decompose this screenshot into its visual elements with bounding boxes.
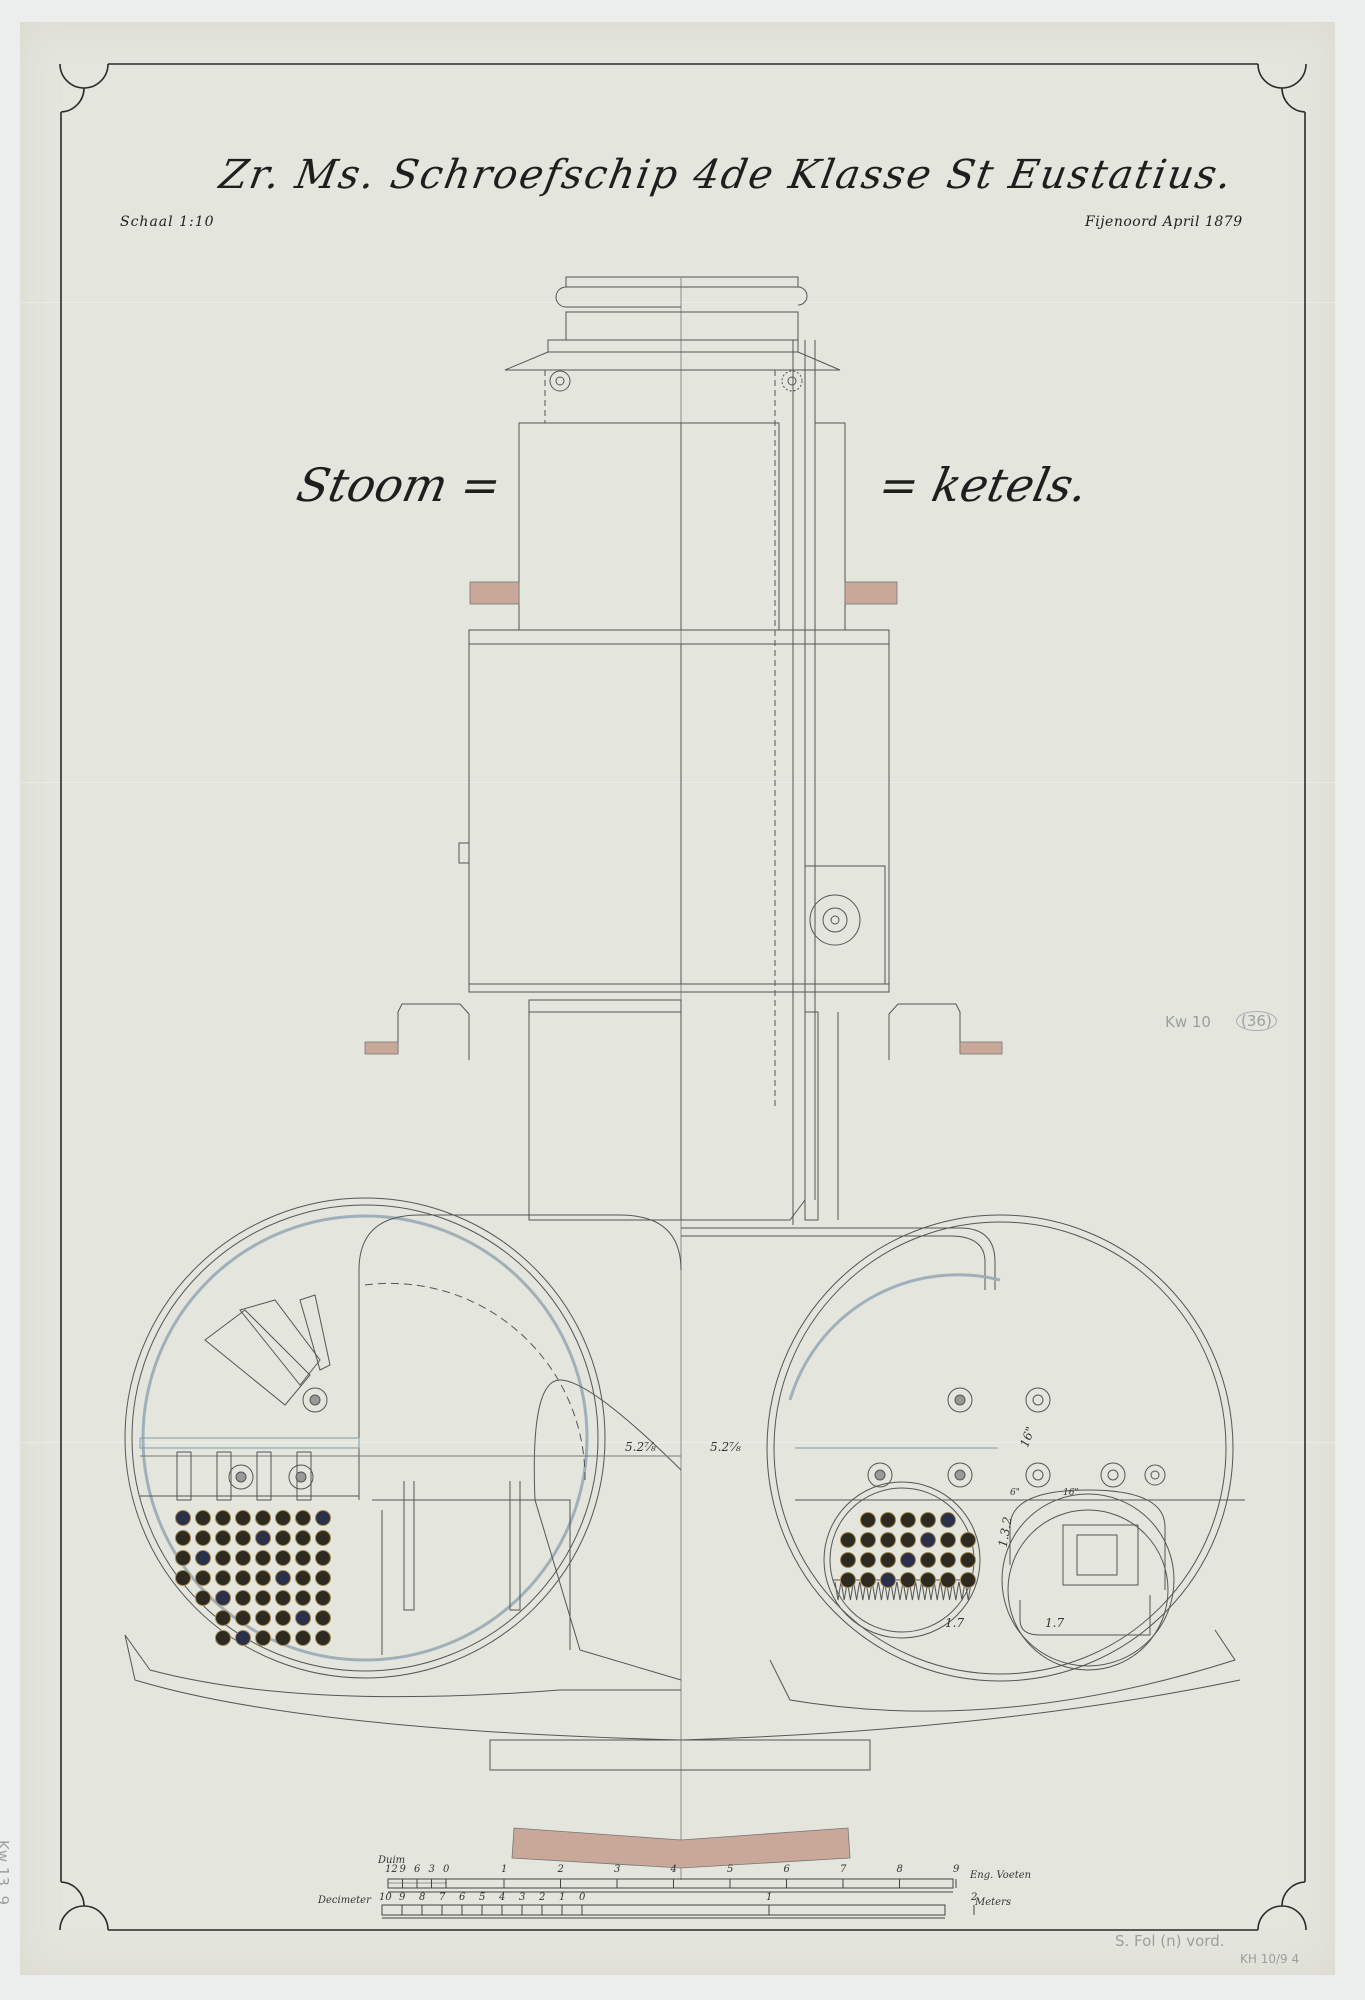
boiler-tube — [296, 1591, 311, 1606]
boiler-tube — [236, 1631, 251, 1646]
dimension-firebox-left: 1.7 — [945, 1616, 964, 1630]
boiler-tube — [881, 1553, 896, 1568]
boiler-tube — [216, 1631, 231, 1646]
boiler-tube — [276, 1511, 291, 1526]
scale-tick-label: 0 — [579, 1892, 585, 1903]
boiler-tube — [276, 1531, 291, 1546]
drawing-title: Zr. Ms. Schroefschip 4de Klasse St Eusta… — [216, 152, 1144, 198]
boiler-tube — [316, 1511, 331, 1526]
boiler-tube — [216, 1571, 231, 1586]
funnel-and-uptake — [398, 277, 995, 1880]
boiler-tube — [296, 1531, 311, 1546]
dimension-center-left: 5.2⅞ — [625, 1440, 656, 1454]
boiler-tube — [921, 1533, 936, 1548]
scale-tick-label: 9 — [399, 1892, 405, 1903]
boiler-tube — [316, 1631, 331, 1646]
boiler-tube — [276, 1591, 291, 1606]
boiler-tube — [236, 1551, 251, 1566]
boiler-tube — [961, 1533, 976, 1548]
boiler-tube — [841, 1553, 856, 1568]
scale-tick-label: 3 — [614, 1864, 620, 1875]
boiler-tube — [216, 1551, 231, 1566]
scale-tick-label: 4 — [671, 1864, 677, 1875]
left-boiler — [125, 1198, 870, 1770]
scale-tick-label: 1 — [559, 1892, 565, 1903]
scale-bar — [382, 1879, 953, 1918]
boiler-tube — [881, 1533, 896, 1548]
scale-bottom-unit: Meters — [975, 1897, 1011, 1908]
boiler-tube — [196, 1571, 211, 1586]
boiler-tube — [196, 1531, 211, 1546]
boiler-tube — [276, 1631, 291, 1646]
boiler-tube — [276, 1551, 291, 1566]
scale-tick-label: 8 — [897, 1864, 903, 1875]
boiler-tube — [256, 1511, 271, 1526]
archive-note-circled: (36) — [1236, 1011, 1277, 1031]
boiler-tube — [861, 1513, 876, 1528]
boiler-tube — [176, 1551, 191, 1566]
archive-note-bottom: S. Fol (n) vord. — [1115, 1932, 1225, 1950]
boiler-tube — [861, 1573, 876, 1588]
left-boiler-tubes — [176, 1511, 331, 1646]
boiler-tube — [256, 1571, 271, 1586]
boiler-tube — [196, 1551, 211, 1566]
scale-tick-label: 3 — [429, 1864, 435, 1875]
scale-tick-label: 8 — [419, 1892, 425, 1903]
boiler-tube — [256, 1591, 271, 1606]
border-frame — [60, 64, 1306, 1930]
boiler-tube — [316, 1611, 331, 1626]
scale-top-unit: Eng. Voeten — [970, 1870, 1031, 1881]
boiler-tube — [841, 1533, 856, 1548]
boiler-tube — [176, 1531, 191, 1546]
boiler-tube — [196, 1511, 211, 1526]
dimension-firebox-right: 1.7 — [1045, 1616, 1064, 1630]
scale-tick-label: 3 — [519, 1892, 525, 1903]
boiler-tube — [316, 1591, 331, 1606]
boiler-tube — [941, 1533, 956, 1548]
boiler-tube — [901, 1573, 916, 1588]
place-date: Fijenoord April 1879 — [1085, 214, 1243, 230]
boiler-tube — [296, 1631, 311, 1646]
scale-tick-label: 9 — [400, 1864, 406, 1875]
boiler-tube — [901, 1513, 916, 1528]
boiler-tube — [861, 1553, 876, 1568]
scale-bottom-prefix: Decimeter — [318, 1895, 371, 1906]
dimension-center-right: 5.2⅞ — [710, 1440, 741, 1454]
archive-note-bottom-right: KH 10/9 4 — [1240, 1952, 1299, 1966]
right-boiler-tubes — [841, 1513, 976, 1588]
right-boiler — [681, 1215, 1245, 1740]
boiler-tube — [861, 1533, 876, 1548]
boiler-tube — [256, 1631, 271, 1646]
boiler-tube — [236, 1611, 251, 1626]
boiler-drawing — [0, 0, 1365, 2000]
boiler-tube — [316, 1531, 331, 1546]
scale-tick-label: 1 — [766, 1892, 772, 1903]
boiler-tube — [196, 1591, 211, 1606]
heading-ketels: = ketels. — [874, 458, 1092, 512]
dimension-small-b: 16" — [1063, 1488, 1079, 1498]
boiler-tube — [236, 1531, 251, 1546]
boiler-tube — [961, 1573, 976, 1588]
boiler-tube — [236, 1591, 251, 1606]
heading-stoom: Stoom = — [292, 458, 506, 512]
boiler-tube — [941, 1513, 956, 1528]
scale-tick-label: 7 — [439, 1892, 445, 1903]
boiler-tube — [216, 1511, 231, 1526]
scale-tick-label: 1 — [501, 1864, 507, 1875]
boiler-tube — [921, 1513, 936, 1528]
boiler-tube — [901, 1553, 916, 1568]
boiler-tube — [901, 1533, 916, 1548]
boiler-tube — [921, 1553, 936, 1568]
scale-tick-label: 2 — [539, 1892, 545, 1903]
boiler-tube — [276, 1611, 291, 1626]
scale-tick-label: 10 — [379, 1892, 392, 1903]
boiler-tube — [961, 1553, 976, 1568]
boiler-tube — [941, 1553, 956, 1568]
boiler-tube — [296, 1551, 311, 1566]
dimension-small-a: 6" — [1010, 1488, 1020, 1498]
boiler-tube — [236, 1511, 251, 1526]
boiler-tube — [841, 1573, 856, 1588]
boiler-tube — [296, 1611, 311, 1626]
scale-tick-label: 12 — [385, 1864, 398, 1875]
scale-label: Schaal 1:10 — [120, 214, 215, 230]
boiler-tube — [176, 1571, 191, 1586]
boiler-tube — [316, 1571, 331, 1586]
boiler-tube — [216, 1611, 231, 1626]
boiler-tube — [216, 1591, 231, 1606]
boiler-tube — [256, 1611, 271, 1626]
boiler-tube — [941, 1573, 956, 1588]
boiler-tube — [176, 1511, 191, 1526]
scale-tick-label: 6 — [459, 1892, 465, 1903]
scale-tick-label: 5 — [727, 1864, 733, 1875]
boiler-tube — [881, 1513, 896, 1528]
boiler-tube — [236, 1571, 251, 1586]
scale-tick-label: 4 — [499, 1892, 505, 1903]
scale-tick-label: 0 — [443, 1864, 449, 1875]
archive-note-kw: Kw 10 — [1165, 1013, 1211, 1031]
scale-tick-label: 6 — [784, 1864, 790, 1875]
boiler-tube — [296, 1511, 311, 1526]
boiler-tube — [256, 1531, 271, 1546]
scale-tick-label: 5 — [479, 1892, 485, 1903]
boiler-tube — [276, 1571, 291, 1586]
boiler-tube — [296, 1571, 311, 1586]
scale-tick-label: 9 — [953, 1864, 959, 1875]
scale-tick-label: 2 — [558, 1864, 564, 1875]
boiler-tube — [921, 1573, 936, 1588]
boiler-tube — [256, 1551, 271, 1566]
boiler-tube — [316, 1551, 331, 1566]
scale-tick-label: 6 — [414, 1864, 420, 1875]
archive-note-left: Kw 13. 9 — [0, 1840, 12, 1905]
scale-tick-label: 7 — [840, 1864, 846, 1875]
boiler-tube — [216, 1531, 231, 1546]
boiler-tube — [881, 1573, 896, 1588]
